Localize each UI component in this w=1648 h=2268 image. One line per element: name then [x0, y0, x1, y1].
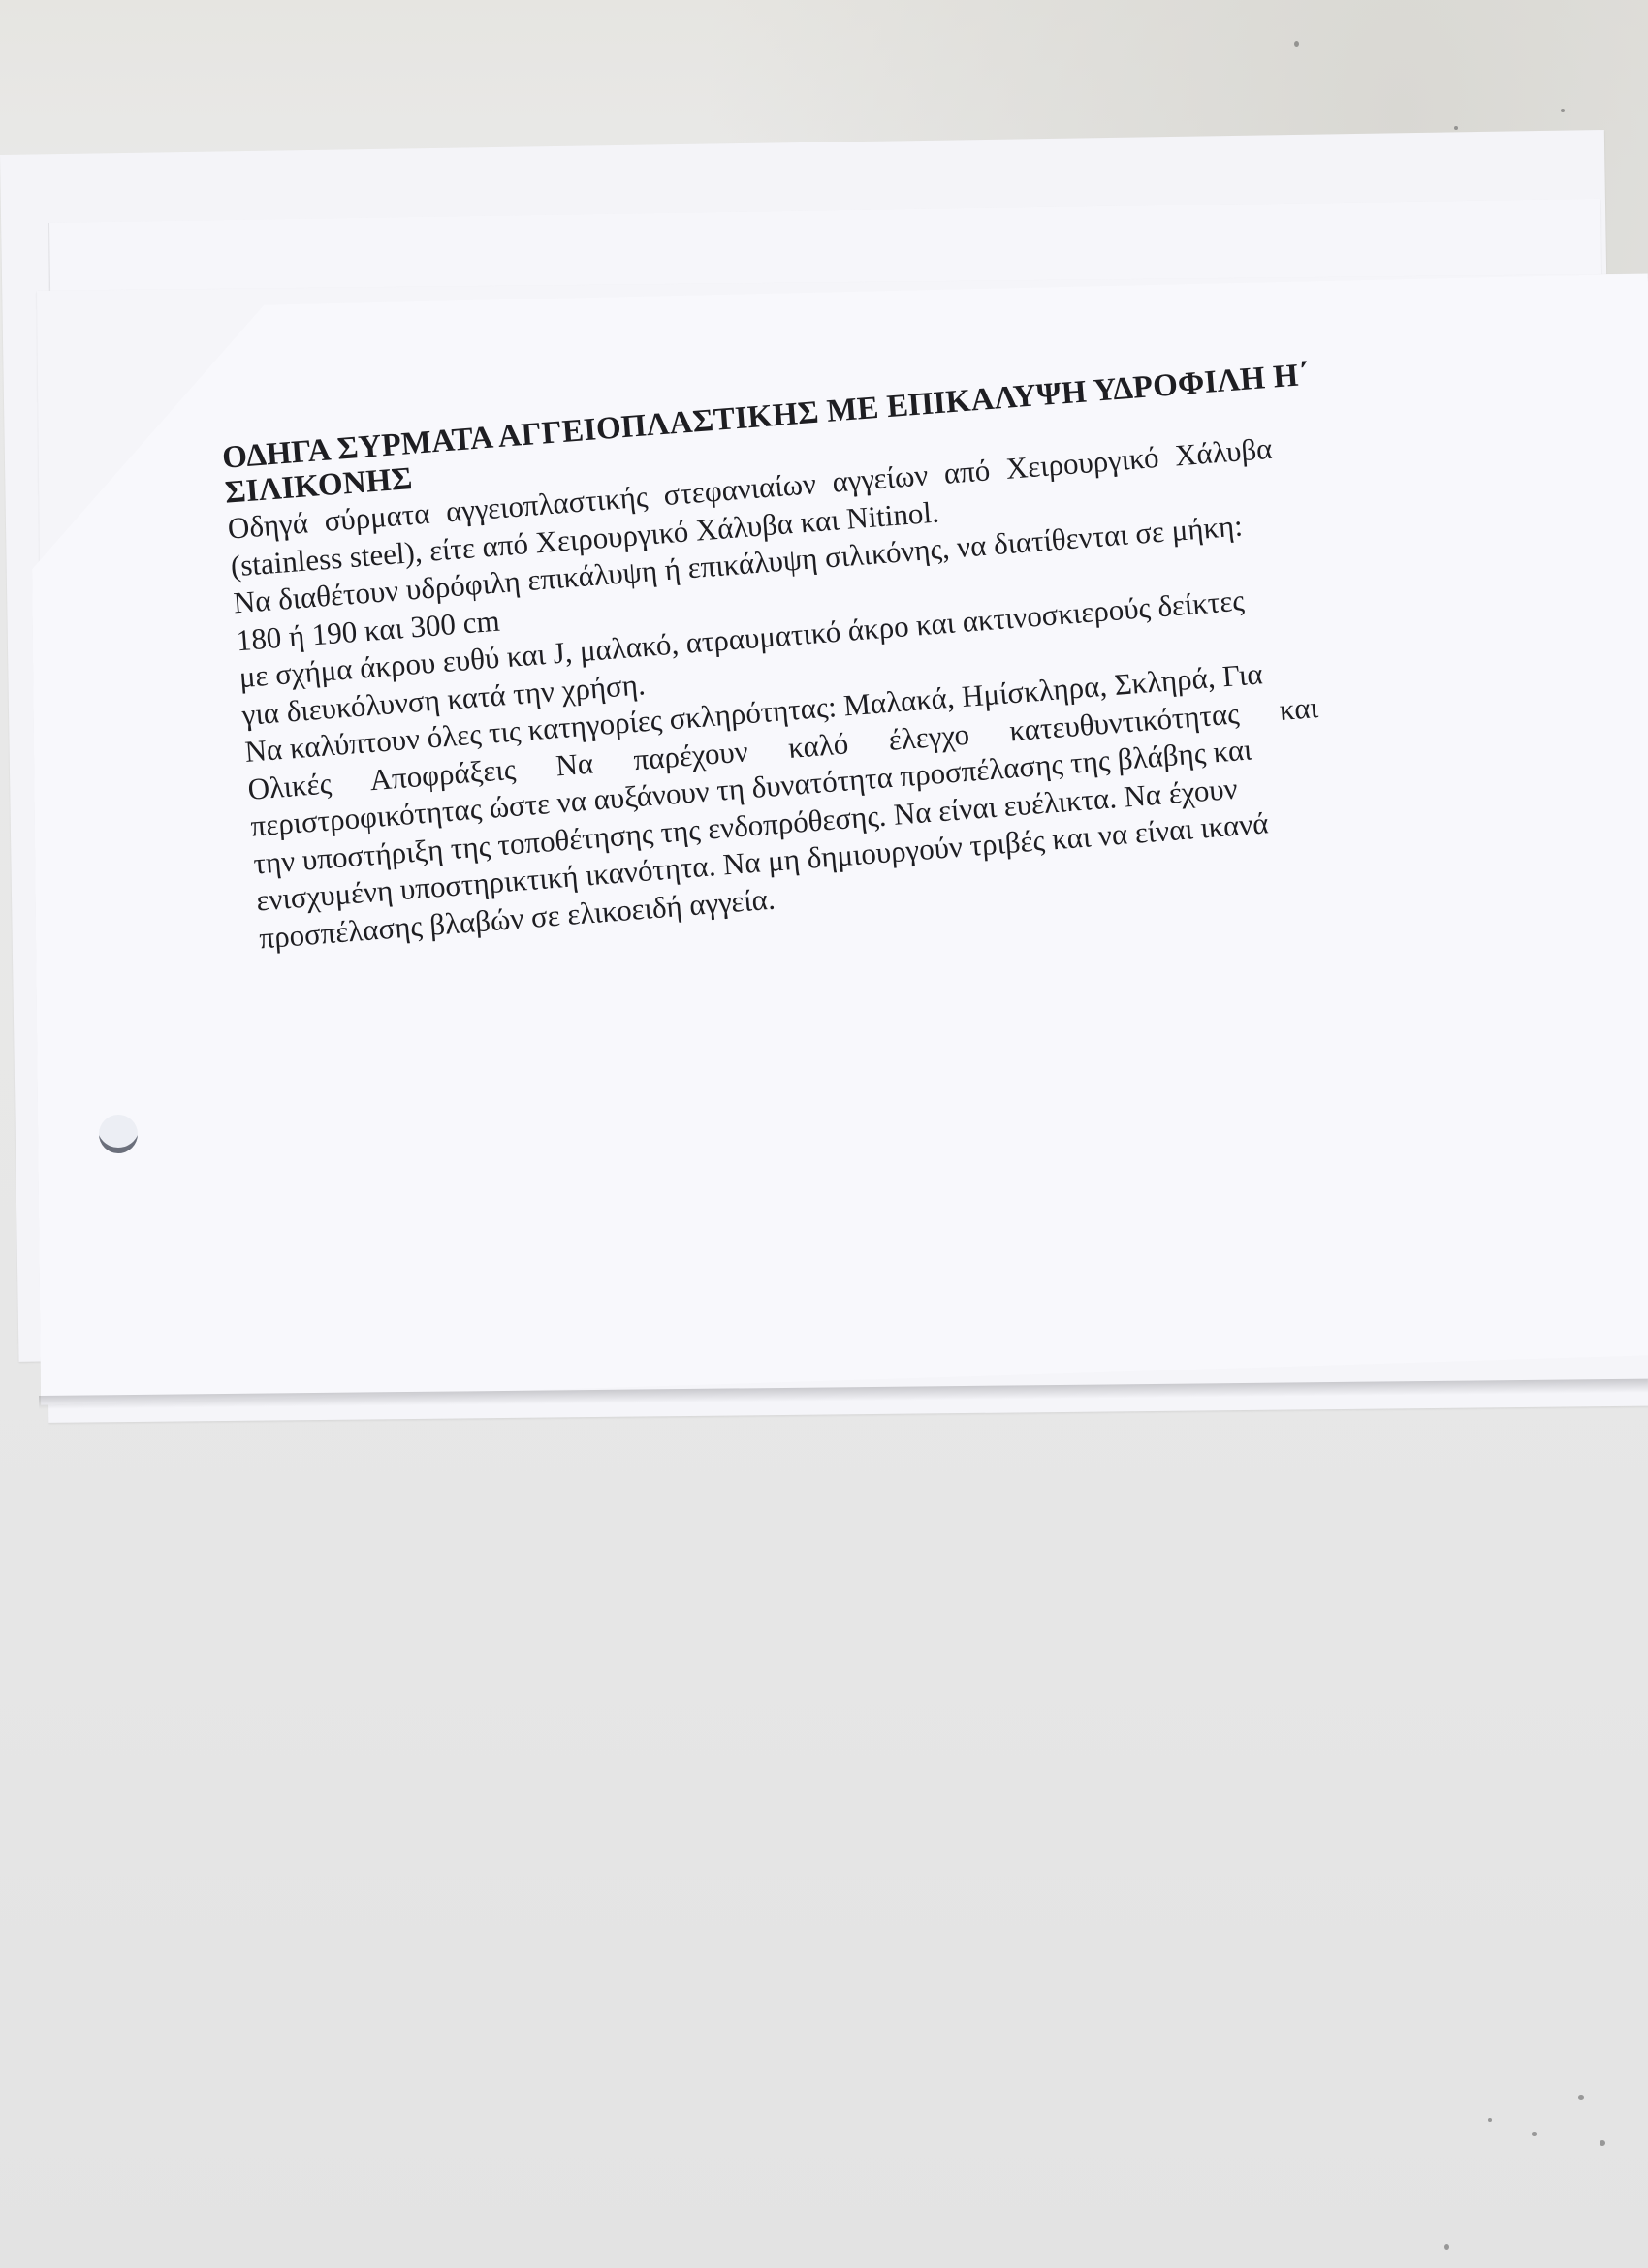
dust-speck — [1561, 109, 1565, 112]
punch-hole-icon — [99, 1115, 138, 1153]
dust-speck — [1600, 2140, 1605, 2146]
dust-speck — [1444, 2244, 1449, 2250]
document-text-block: ΟΔΗΓΑ ΣΥΡΜΑΤΑ ΑΓΓΕΙΟΠΛΑΣΤΙΚΗΣ ΜΕ ΕΠΙΚΑΛΥ… — [221, 352, 1420, 957]
dust-speck — [1532, 2132, 1537, 2136]
dust-speck — [1454, 126, 1458, 130]
dust-speck — [1578, 2095, 1584, 2100]
dust-speck — [1488, 2118, 1492, 2122]
document-body: Οδηγά σύρματα αγγειοπλαστικής στεφανιαίω… — [227, 422, 1421, 958]
dust-speck — [1294, 41, 1299, 47]
